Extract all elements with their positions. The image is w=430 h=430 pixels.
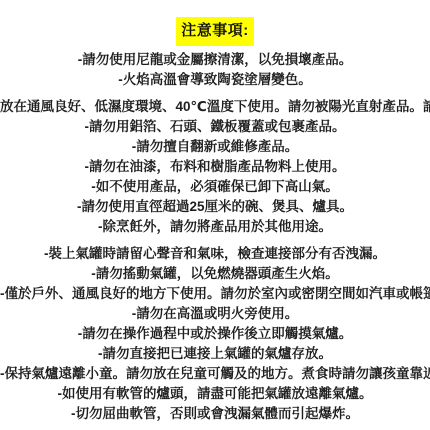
notice-paragraph-2: 放在通風良好、低濕度環境、40℃溫度下使用。請勿被陽光直射產品。請勿在潮 -請勿…: [0, 97, 430, 237]
notice-line: -請勿使用尼龍或金屬擦清潔，以免損壞產品。: [0, 50, 430, 70]
notice-line: 放在通風良好、低濕度環境、40℃溫度下使用。請勿被陽光直射產品。請勿在潮: [0, 97, 430, 117]
notice-line: -如使用有軟管的爐頭，請盡可能把氣罐放遠離氣爐。: [0, 384, 430, 404]
notice-line: -請勿搖動氣罐，以免燃燒器頭產生火焰。: [0, 264, 430, 284]
page-title: 注意事項:: [176, 17, 254, 46]
notice-line: -僅於戶外、通風良好的地方下使用。請勿於室內或密閉空間如汽車或帳篷內使: [0, 284, 430, 304]
notice-line: -如不使用產品，必須確保已卸下高山氣。: [0, 177, 430, 197]
notice-line: -請勿在操作過程中或於操作後立即觸摸氣爐。: [0, 324, 430, 344]
notice-line: -請勿在高溫或明火旁使用。: [0, 304, 430, 324]
notice-paragraph-3: -裝上氣罐時請留心聲音和氣味，檢查連接部分有否洩漏。 -請勿搖動氣罐，以免燃燒器…: [0, 244, 430, 424]
notice-line: -請勿使用直徑超過25厘米的碗、煲具、爐具。: [0, 197, 430, 217]
notice-line: -請勿用鋁箔、石頭、鐵板覆蓋或包裹產品。: [0, 117, 430, 137]
notice-line: -請勿在油漆，布料和樹脂產品物料上使用。: [0, 157, 430, 177]
notice-line: -裝上氣罐時請留心聲音和氣味，檢查連接部分有否洩漏。: [0, 244, 430, 264]
notice-line: -保持氣爐遠離小童。請勿放在兒童可觸及的地方。煮食時請勿讓孩童靠近及接: [0, 364, 430, 384]
notice-line: -請勿直接把已連接上氣罐的氣爐存放。: [0, 344, 430, 364]
notice-paragraph-1: -請勿使用尼龍或金屬擦清潔，以免損壞產品。 -火焰高溫會導致陶瓷塗層變色。: [0, 50, 430, 90]
notice-line: -請勿擅自翻新或維修產品。: [0, 137, 430, 157]
notice-document: 注意事項: -請勿使用尼龍或金屬擦清潔，以免損壞產品。 -火焰高溫會導致陶瓷塗層…: [0, 0, 430, 430]
notice-line: -除烹飪外，請勿將產品用於其他用途。: [0, 217, 430, 237]
notice-line: -切勿屈曲軟管，否則或會洩漏氣體而引起爆炸。: [0, 404, 430, 424]
title-row: 注意事項:: [0, 17, 430, 46]
notice-line: -火焰高溫會導致陶瓷塗層變色。: [0, 70, 430, 90]
